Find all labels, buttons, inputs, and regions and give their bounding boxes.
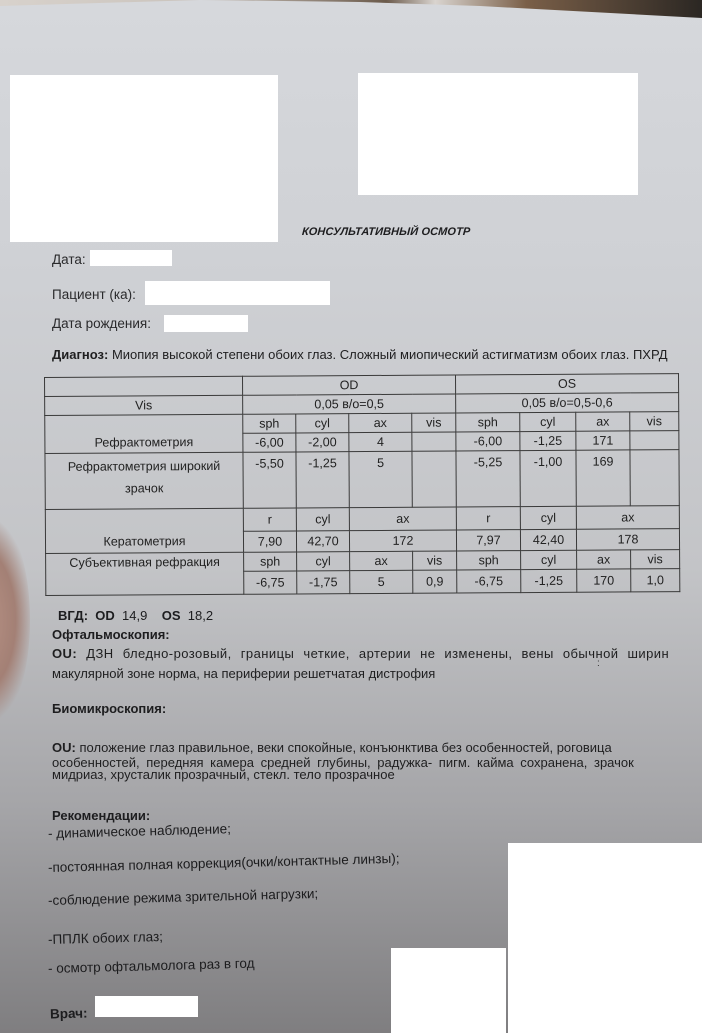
redacted-doctor xyxy=(95,996,198,1017)
wide-od-sph: -5,50 xyxy=(243,452,296,508)
iop-label: ВГД: xyxy=(58,608,88,623)
patient-label: Пациент (ка): xyxy=(52,287,136,302)
refr-os-ax: 171 xyxy=(576,431,630,450)
iop-od-value: 14,9 xyxy=(122,608,147,623)
iop-line: ВГД: OD 14,9 OS 18,2 xyxy=(58,608,213,623)
iop-os-label: OS xyxy=(162,608,181,623)
patient-field: Пациент (ка): xyxy=(52,287,136,302)
document-title: КОНСУЛЬТАТИВНЫЙ ОСМОТР xyxy=(302,226,471,238)
wide-od-vis xyxy=(412,451,456,507)
wide-os-vis xyxy=(630,450,679,506)
header-ax: ax xyxy=(576,506,679,530)
subj-os-vis: 1,0 xyxy=(631,569,680,592)
wide-os-sph: -5,25 xyxy=(456,451,520,507)
date-label: Дата: xyxy=(52,252,86,267)
table-row-refractometry-wide: Рефрактометрия широкий зрачок -5,50 -1,2… xyxy=(45,450,679,510)
subj-od-vis: 0,9 xyxy=(413,570,457,593)
doctor-label: Врач: xyxy=(50,1006,88,1022)
header-vis: vis xyxy=(412,413,456,432)
header-ax: ax xyxy=(349,507,456,531)
header-vis: vis xyxy=(630,412,679,431)
refractometry-label: Рефрактометрия xyxy=(45,414,243,453)
subj-os-ax: 170 xyxy=(577,569,631,592)
header-cyl: cyl xyxy=(520,506,576,529)
vis-od: 0,05 в/о=0,5 xyxy=(243,394,456,414)
subj-os-cyl: -1,25 xyxy=(521,569,577,592)
header-ax: ax xyxy=(349,413,412,432)
diagnosis-label: Диагноз: xyxy=(52,347,108,362)
redacted-birthdate xyxy=(164,315,248,332)
header-cyl: cyl xyxy=(520,412,576,431)
refr-os-cyl: -1,25 xyxy=(520,431,576,450)
refr-od-sph: -6,00 xyxy=(243,433,296,452)
header-ax: ax xyxy=(577,550,631,569)
vis-label: Vis xyxy=(45,395,243,415)
redacted-date xyxy=(90,250,172,266)
kerato-od-cyl: 42,70 xyxy=(296,531,349,552)
header-sph: sph xyxy=(456,413,520,432)
header-sph: sph xyxy=(243,414,296,433)
kerato-os-cyl: 42,40 xyxy=(520,529,576,550)
header-cyl: cyl xyxy=(296,414,349,433)
exam-table: OD OS Vis 0,05 в/о=0,5 0,05 в/о=0,5-0,6 … xyxy=(44,373,680,596)
header-r: r xyxy=(243,508,296,531)
table-cell-empty xyxy=(45,376,243,396)
recommendation-item: -ППЛК обоих глаз; xyxy=(48,929,163,947)
header-sph: sph xyxy=(244,552,297,571)
refr-os-sph: -6,00 xyxy=(456,432,520,451)
subjective-refraction-label: Субъективная рефракция xyxy=(46,552,244,595)
iop-od-label: OD xyxy=(95,608,115,623)
header-sph: sph xyxy=(457,551,521,570)
wide-od-ax: 5 xyxy=(349,451,412,507)
redacted-bottom-right xyxy=(508,843,702,1033)
header-r: r xyxy=(456,507,520,530)
diagnosis-text: Миопия высокой степени обоих глаз. Сложн… xyxy=(112,347,668,362)
diagnosis: Диагноз: Миопия высокой степени обоих гл… xyxy=(52,347,668,362)
subj-os-sph: -6,75 xyxy=(457,570,521,593)
stray-mark: : xyxy=(597,658,600,669)
refr-od-ax: 4 xyxy=(349,432,412,451)
redacted-header-right xyxy=(358,73,638,195)
kerato-od-r: 7,90 xyxy=(243,531,296,552)
ophthalmoscopy-text-1: ДЗН бледно-розовый, границы четкие, арте… xyxy=(86,646,669,661)
header-ax: ax xyxy=(576,412,630,431)
kerato-os-r: 7,97 xyxy=(456,530,520,551)
redacted-patient xyxy=(145,281,330,305)
recommendations-title: Рекомендации: xyxy=(52,808,150,823)
ophthalmoscopy-line-2: макулярной зоне норма, на периферии реше… xyxy=(52,663,435,684)
header-cyl: cyl xyxy=(521,550,577,569)
birthdate-field: Дата рождения: xyxy=(52,316,151,331)
redacted-stamp xyxy=(391,948,506,1033)
header-cyl: cyl xyxy=(297,552,350,571)
biomicroscopy-line-3: мидриаз, хрусталик прозрачный, стекл. те… xyxy=(52,764,395,785)
header-ax: ax xyxy=(350,551,413,570)
header-cyl: cyl xyxy=(296,508,349,531)
wide-os-cyl: -1,00 xyxy=(520,450,576,506)
ophthalmoscopy-line-1: OU: ДЗН бледно-розовый, границы четкие, … xyxy=(52,643,669,664)
header-vis: vis xyxy=(413,551,457,570)
header-od: OD xyxy=(242,375,455,395)
biomicroscopy-title: Биомикроскопия: xyxy=(52,701,166,716)
redacted-logo-left xyxy=(10,75,278,242)
ophthalmoscopy-title: Офтальмоскопия: xyxy=(52,627,170,642)
refractometry-wide-label: Рефрактометрия широкий зрачок xyxy=(45,452,243,509)
refr-os-vis xyxy=(630,431,679,450)
wide-od-cyl: -1,25 xyxy=(296,452,349,508)
wide-os-ax: 169 xyxy=(576,450,630,506)
date-field: Дата: xyxy=(52,252,86,267)
birthdate-label: Дата рождения: xyxy=(52,316,151,331)
refr-od-vis xyxy=(412,432,456,451)
keratometry-label: Кератометрия xyxy=(45,508,243,553)
header-os: OS xyxy=(455,374,678,394)
header-vis: vis xyxy=(631,550,680,569)
ophthalmoscopy-prefix: OU: xyxy=(52,646,77,661)
vis-os: 0,05 в/о=0,5-0,6 xyxy=(456,393,679,413)
iop-os-value: 18,2 xyxy=(188,608,213,623)
refr-od-cyl: -2,00 xyxy=(296,433,349,452)
subj-od-sph: -6,75 xyxy=(244,571,297,594)
subj-od-cyl: -1,75 xyxy=(297,571,350,594)
kerato-od-ax: 172 xyxy=(349,530,456,552)
subj-od-ax: 5 xyxy=(350,570,413,593)
kerato-os-ax: 178 xyxy=(576,529,679,551)
